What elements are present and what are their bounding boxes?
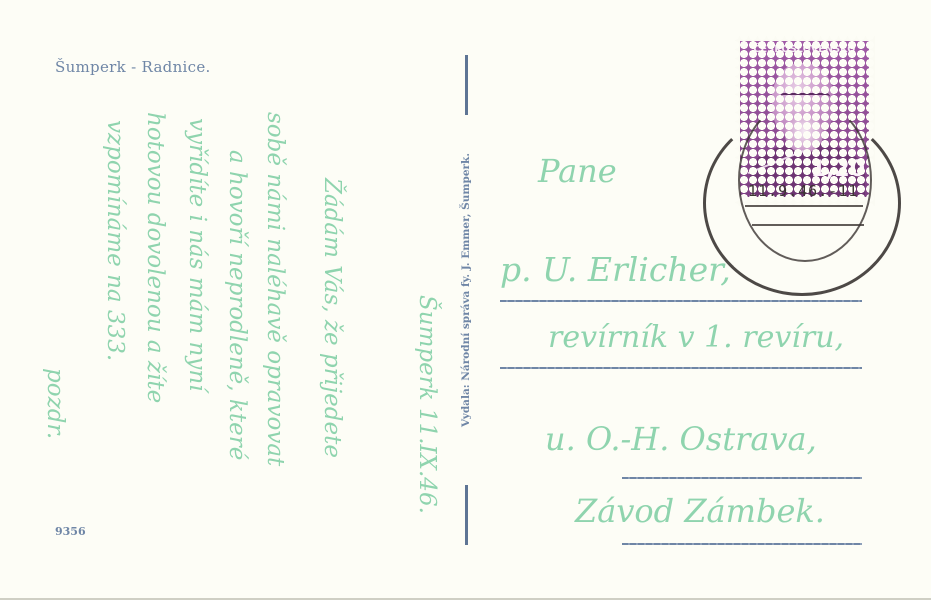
address-rule: [622, 543, 862, 545]
address-line: p. U. Erlicher,: [500, 250, 731, 289]
postcard-title: Šumperk - Radnice.: [55, 58, 211, 76]
address-rule: [622, 477, 862, 479]
postmark-date: 11.9.46.-11: [748, 182, 858, 200]
postmark-bar: [752, 224, 864, 226]
message-line: sobě námi naléhavě opravovat: [262, 112, 288, 466]
address-line: Závod Zámbek.: [575, 492, 825, 530]
postmark-inner-ring: [738, 98, 872, 262]
message-place-date: Šumperk 11.IX.46.: [414, 295, 440, 514]
postmark-bar: [745, 205, 863, 207]
address-line: u. O.-H. Ostrava,: [545, 420, 817, 458]
message-line: a hovoří neprodleně, které: [224, 150, 250, 460]
divider-top: [465, 55, 468, 115]
divider-bottom: [465, 485, 468, 545]
address-line: revírník v 1. revíru,: [548, 320, 844, 355]
address-salutation: Pane: [538, 152, 617, 190]
publisher-imprint: Vydala: Národní správa fy. J. Emmer, Šum…: [460, 153, 472, 427]
message-line: hotovou dovolenou a žíte: [142, 112, 168, 403]
message-signature: pozdr.: [42, 368, 68, 439]
message-line: Žádám Vás, že přijedete: [319, 178, 345, 458]
stamp-country: ČESKOSLOVENSKO: [740, 44, 869, 55]
message-line: vyřídíte i nás mám nyní: [184, 118, 210, 392]
address-rule: [500, 367, 862, 369]
address-rule: [500, 300, 862, 302]
postcard-back: Šumperk - Radnice. 9356 Vydala: Národní …: [0, 0, 931, 600]
catalog-number: 9356: [55, 525, 86, 538]
message-line: vzpomínáme na 333.: [102, 120, 128, 361]
